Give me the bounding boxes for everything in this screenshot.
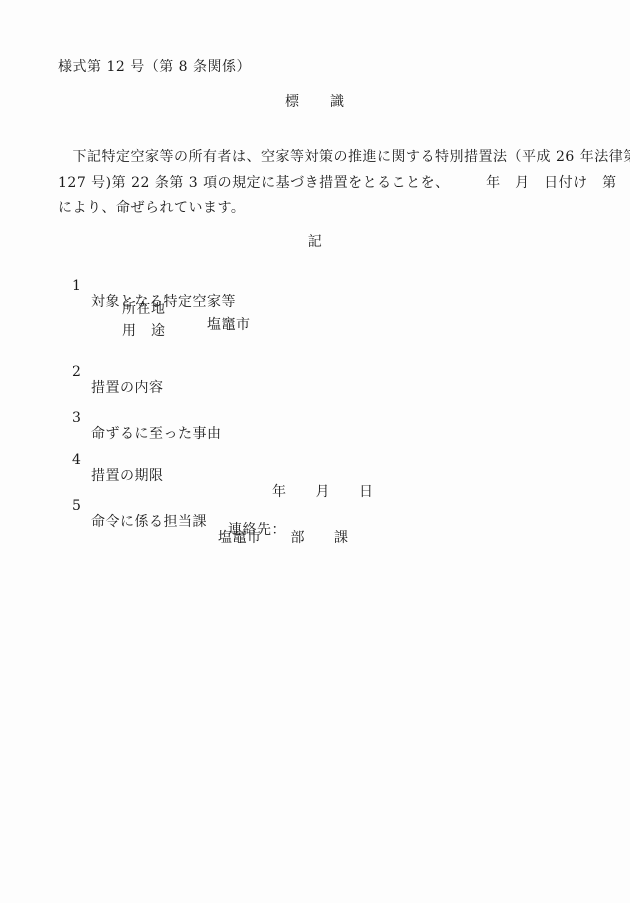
body-line-3: により、命ぜられています。 xyxy=(58,196,580,222)
body-line-1: 下記特定空家等の所有者は、空家等対策の推進に関する特別措置法（平成 26 年法律… xyxy=(58,145,580,171)
item-2-number: 2 xyxy=(72,364,81,380)
body-paragraph: 下記特定空家等の所有者は、空家等対策の推進に関する特別措置法（平成 26 年法律… xyxy=(58,145,580,222)
body-line-2: 127 号)第 22 条第 3 項の規定に基づき措置をとることを、 年 月 日付… xyxy=(58,171,580,197)
document-title: 標 識 xyxy=(0,94,630,110)
usage-label: 用 途 xyxy=(122,323,166,339)
item-4-number: 4 xyxy=(72,452,81,468)
item-3-number: 3 xyxy=(72,410,81,426)
item-5-contact-row: 連絡先： xyxy=(58,506,590,554)
ki-marker: 記 xyxy=(0,234,630,250)
form-number: 様式第 12 号（第 8 条関係） xyxy=(58,59,590,75)
contact-label: 連絡先： xyxy=(228,522,286,538)
document-page: 様式第 12 号（第 8 条関係） 標 識 下記特定空家等の所有者は、空家等対策… xyxy=(0,0,630,903)
